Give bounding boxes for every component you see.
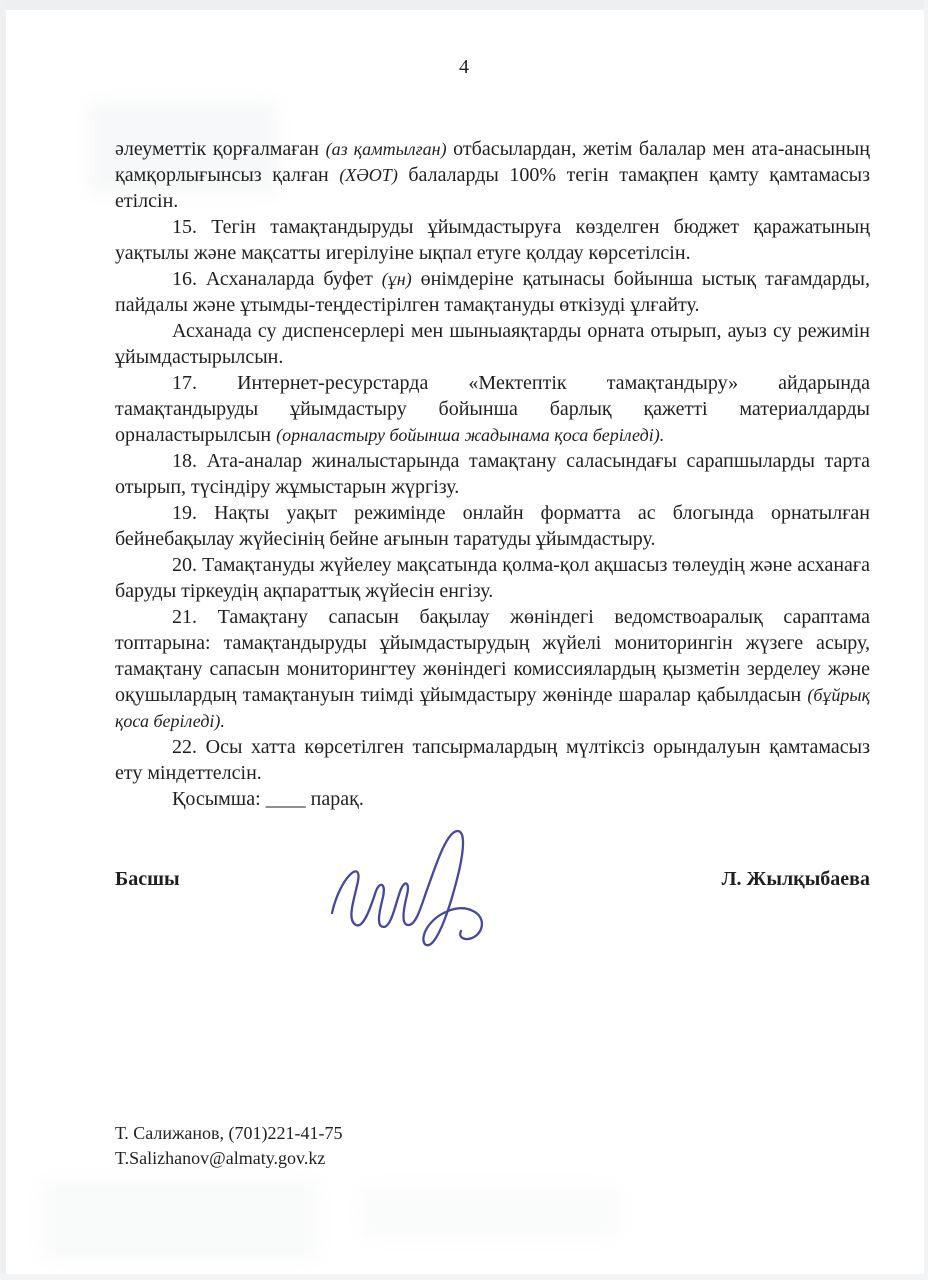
executor-phone: Т. Салижанов, (701)221-41-75 [115,1121,343,1146]
paragraph-item-15: 15. Тегін тамақтандыруды ұйымдастыруға к… [115,214,870,266]
scan-artifact [360,1185,620,1240]
paragraph-continuation: әлеуметтік қорғалмаған (аз қамтылған) от… [115,136,870,214]
scan-border-left [0,0,6,1280]
signer-title: Басшы [115,868,180,891]
paragraph-item-19: 19. Нақты уақыт режимінде онлайн форматт… [115,500,870,552]
signer-name: Л. Жылқыбаева [722,868,870,891]
handwritten-signature-icon [310,825,525,975]
paragraph-item-22: 22. Осы хатта көрсетілген тапсырмалардың… [115,734,870,786]
executor-contact: Т. Салижанов, (701)221-41-75 T.Salizhano… [115,1121,343,1171]
paragraph-item-16: 16. Асханаларда буфет (ұн) өнімдеріне қа… [115,266,870,318]
paragraph-attachment: Қосымша: ____ парақ. [115,786,870,812]
paragraph-item-18: 18. Ата-аналар жиналыстарында тамақтану … [115,448,870,500]
scan-border-bottom [0,1274,928,1280]
executor-email: T.Salizhanov@almaty.gov.kz [115,1146,343,1171]
scanned-letter-page: 4 әлеуметтік қорғалмаған (аз қамтылған) … [0,0,928,1280]
paragraph-item-20: 20. Тамақтануды жүйелеу мақсатында қолма… [115,552,870,604]
scan-artifact [40,1180,320,1260]
paragraph-water-regime: Асханада су диспенсерлері мен шыныаяқтар… [115,318,870,370]
scan-border-right [924,0,928,1280]
paragraph-item-21: 21. Тамақтану сапасын бақылау жөніндегі … [115,604,870,734]
document-body: әлеуметтік қорғалмаған (аз қамтылған) от… [115,136,870,812]
page-number: 4 [0,56,928,79]
scan-border-top [0,0,928,10]
paragraph-item-17: 17. Интернет-ресурстарда «Мектептік тама… [115,370,870,448]
